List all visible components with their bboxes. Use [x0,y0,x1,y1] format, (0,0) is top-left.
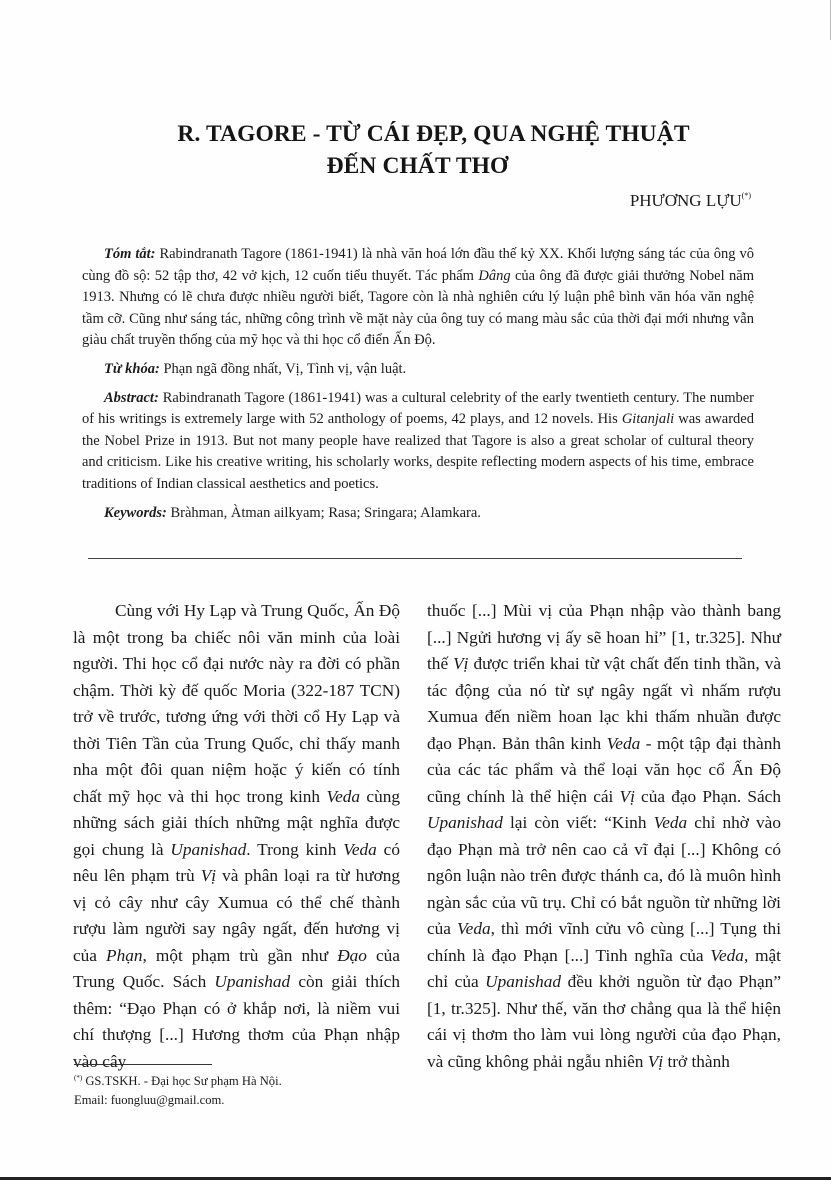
footnote-divider [74,1064,212,1065]
body-column-right: thuốc [...] Mùi vị của Phạn nhập vào thà… [427,598,781,1075]
footnote-mark: (*) [74,1074,82,1082]
body-italic: Vị [201,866,216,885]
author-footnote-mark: (*) [742,191,751,200]
footnote-affiliation: (*) GS.TSKH. - Đại học Sư phạm Hà Nội. [74,1069,282,1091]
footnote: (*) GS.TSKH. - Đại học Sư phạm Hà Nội. E… [74,1069,282,1110]
author-text: PHƯƠNG LỰU [630,191,742,210]
body-italic: Veda [457,919,491,938]
title-line-2: ĐẾN CHẤT THƠ [4,150,831,182]
body-text: trở thành [663,1052,730,1071]
body-italic: Vị [453,654,468,673]
body-italic: Phạn [106,946,142,965]
abstract-en-italic: Gitanjali [622,411,674,427]
keywords-en-label: Keywords: [104,505,167,521]
body-text: của đạo Phạn. Sách [635,787,781,806]
abstract-vi-label: Tóm tắt: [104,246,155,262]
body-italic: Veda [654,813,688,832]
body-text: . Trong kinh [246,840,343,859]
body-italic: Upanishad [170,840,246,859]
body-italic: Upanishad [485,972,561,991]
body-paragraph: Cùng với Hy Lạp và Trung Quốc, Ấn Độ là … [73,598,400,1075]
body-text: Cùng với Hy Lạp và Trung Quốc, Ấn Độ là … [73,601,400,806]
keywords-english: Keywords: Bràhman, Àtman ailkyam; Rasa; … [82,503,754,525]
body-italic: Vị [648,1052,663,1071]
body-italic: Veda [607,734,641,753]
body-paragraph: thuốc [...] Mùi vị của Phạn nhập vào thà… [427,598,781,1075]
keywords-vi-text: Phạn ngã đồng nhất, Vị, Tình vị, vận luậ… [160,361,406,377]
body-italic: Veda [326,787,360,806]
body-italic: Upanishad [427,813,503,832]
keywords-vietnamese: Từ khóa: Phạn ngã đồng nhất, Vị, Tình vị… [82,359,754,381]
title-line-1: R. TAGORE - TỪ CÁI ĐẸP, QUA NGHỆ THUẬT [36,118,831,150]
abstract-english: Abstract: Rabindranath Tagore (1861-1941… [82,388,754,496]
body-italic: Vị [620,787,635,806]
body-column-left: Cùng với Hy Lạp và Trung Quốc, Ấn Độ là … [73,598,400,1075]
author-name: PHƯƠNG LỰU(*) [630,191,751,211]
abstract-vietnamese: Tóm tắt: Rabindranath Tagore (1861-1941)… [82,244,754,352]
keywords-vi-label: Từ khóa: [104,361,160,377]
body-text: lại còn viết: “Kinh [503,813,654,832]
body-italic: Veda [710,946,744,965]
section-divider [88,558,742,559]
footnote-email: Email: fuongluu@gmail.com. [74,1091,282,1110]
keywords-en-text: Bràhman, Àtman ailkyam; Rasa; Sringara; … [167,505,481,521]
abstract-vi-italic: Dâng [478,268,510,284]
abstract-en-label: Abstract: [104,390,159,406]
body-italic: Upanishad [214,972,290,991]
body-text: , một phạm trù gần như [143,946,338,965]
body-italic: Veda [343,840,377,859]
document-page: R. TAGORE - TỪ CÁI ĐẸP, QUA NGHỆ THUẬT Đ… [0,0,831,1180]
body-italic: Đạo [337,946,367,965]
abstract-section: Tóm tắt: Rabindranath Tagore (1861-1941)… [82,244,754,524]
footnote-affiliation-text: GS.TSKH. - Đại học Sư phạm Hà Nội. [82,1074,282,1088]
article-title: R. TAGORE - TỪ CÁI ĐẸP, QUA NGHỆ THUẬT Đ… [0,118,831,182]
